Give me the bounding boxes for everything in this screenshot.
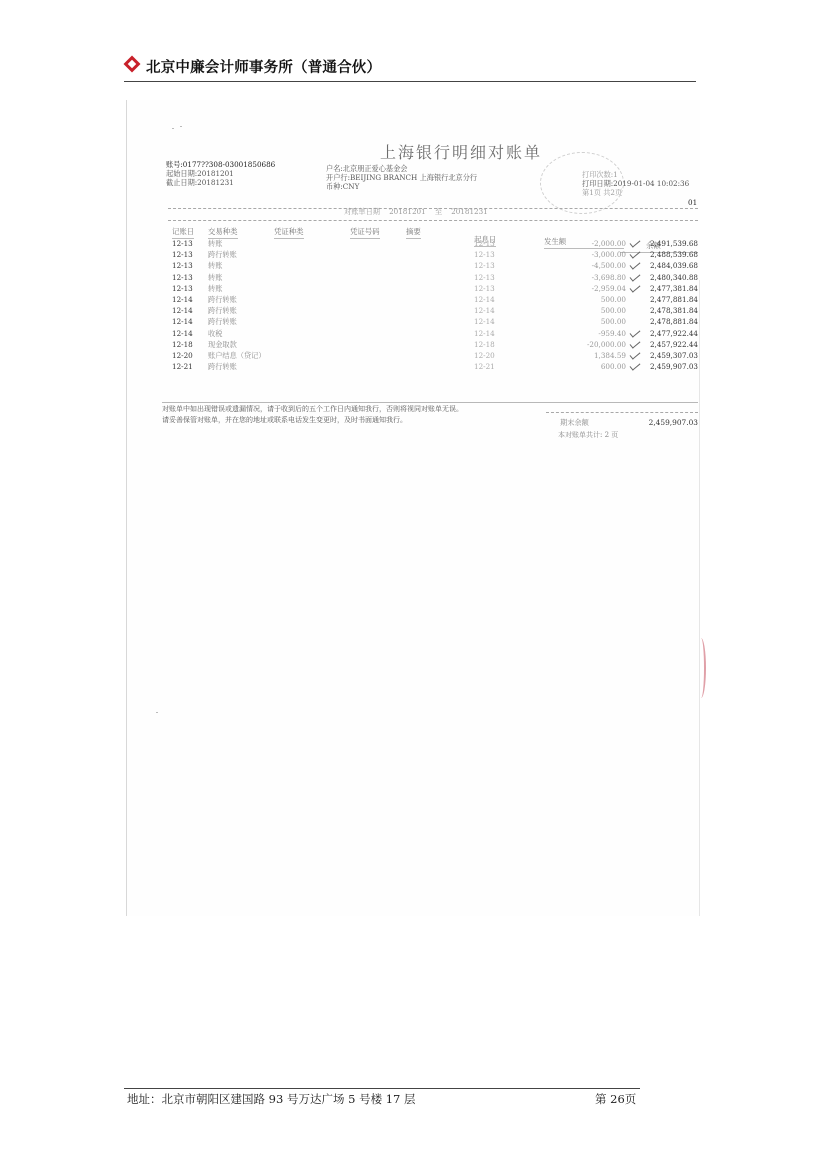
row-date: 12-21 [172, 362, 193, 371]
table-row: 12-13跨行转账12-13-3,000.002,488,539.68 [126, 250, 700, 261]
row-amount: -4,500.00 [526, 261, 626, 270]
print-info: 打印次数:1 打印日期:2019-01-04 10:02:36 第1页 共2页 [582, 170, 689, 197]
row-amount: 1,384.59 [526, 351, 626, 360]
row-amount: 500.00 [526, 295, 626, 304]
table-row: 12-13转账12-13-2,959.042,477,381.84 [126, 284, 700, 295]
period-from: 20181201 [389, 207, 426, 216]
currency: 币种:CNY [326, 182, 477, 191]
row-date: 12-18 [172, 340, 193, 349]
col-header-voucher-no: 凭证号码 [350, 226, 380, 239]
row-amount: -3,000.00 [526, 250, 626, 259]
col-header-summary: 摘要 [406, 226, 421, 239]
row-balance: 2,477,881.84 [626, 295, 698, 304]
row-type: 转账 [208, 261, 222, 271]
row-date: 12-20 [172, 351, 193, 360]
account-number: 账号:0177??308-03001850686 [166, 160, 275, 169]
row-type: 跨行转账 [208, 317, 237, 327]
divider [546, 412, 698, 413]
row-value-date: 12-14 [474, 306, 495, 315]
row-value-date: 12-21 [474, 362, 495, 371]
total-pages: 本对账单共计: 2 页 [558, 430, 618, 440]
row-amount: 500.00 [526, 317, 626, 326]
col-header-date: 记账日 [172, 226, 194, 239]
row-value-date: 12-14 [474, 317, 495, 326]
col-header-type: 交易种类 [208, 226, 238, 239]
row-type: 账户结息（贷记） [208, 351, 266, 361]
period-to: 20181231 [451, 207, 488, 216]
print-time: 打印日期:2019-01-04 10:02:36 [582, 179, 689, 188]
row-type: 跨行转账 [208, 295, 237, 305]
page-info: 第1页 共2页 [582, 188, 689, 197]
footer-page-number: 第 26页 [595, 1091, 636, 1107]
row-date: 12-13 [172, 239, 193, 248]
print-count: 打印次数:1 [582, 170, 689, 179]
table-row: 12-13转账12-13-2,000.002,491,539.68 [126, 239, 700, 250]
scan-edge [126, 100, 127, 916]
period-label: 对账单日期 [344, 207, 380, 216]
row-value-date: 12-13 [474, 261, 495, 270]
account-info: 账号:0177??308-03001850686 起始日期:20181201 截… [166, 160, 275, 187]
closing-balance-value: 2,459,907.03 [626, 418, 698, 427]
end-date: 截止日期:20181231 [166, 178, 275, 187]
row-date: 12-13 [172, 261, 193, 270]
row-amount: 600.00 [526, 362, 626, 371]
firm-logo-icon [124, 57, 142, 75]
table-bottom-divider [162, 402, 698, 403]
row-value-date: 12-13 [474, 239, 495, 248]
row-type: 收税 [208, 329, 222, 339]
start-date: 起始日期:20181201 [166, 169, 275, 178]
period-row: 对账单日期 20181201 至 20181231 [344, 207, 488, 216]
row-balance: 2,478,381.84 [626, 306, 698, 315]
table-row: 12-13转账12-13-3,698.802,480,340.88 [126, 273, 700, 284]
row-date: 12-14 [172, 329, 193, 338]
note-line-2: 请妥善保管对账单，并在您的地址或联系电话发生变更时，及时书面通知我行。 [162, 415, 463, 426]
row-type: 转账 [208, 273, 222, 283]
row-amount: -20,000.00 [526, 340, 626, 349]
row-value-date: 12-14 [474, 329, 495, 338]
row-type: 跨行转账 [208, 362, 237, 372]
row-amount: -2,000.00 [526, 239, 626, 248]
table-row: 12-14跨行转账12-14500.002,478,381.84 [126, 306, 700, 317]
page-header: 北京中廉会计师事务所（普通合伙） [124, 52, 381, 80]
row-value-date: 12-14 [474, 295, 495, 304]
note-line-1: 对账单中如出现错误或遗漏情况，请于收到后的五个工作日内通知我行，否则将视同对账单… [162, 404, 463, 415]
scanned-bank-statement: 上海银行明细对账单 账号:0177??308-03001850686 起始日期:… [126, 100, 700, 916]
table-row: 12-14跨行转账12-14500.002,478,881.84 [126, 317, 700, 328]
red-seal-edge [696, 638, 706, 698]
divider [168, 220, 698, 221]
row-value-date: 12-20 [474, 351, 495, 360]
row-date: 12-13 [172, 284, 193, 293]
footer-address: 地址：北京市朝阳区建国路 93 号万达广场 5 号楼 17 层 [127, 1091, 416, 1107]
statement-note: 对账单中如出现错误或遗漏情况，请于收到后的五个工作日内通知我行，否则将视同对账单… [162, 404, 463, 426]
statement-title: 上海银行明细对账单 [380, 140, 542, 163]
footer-divider [124, 1088, 640, 1089]
row-value-date: 12-13 [474, 284, 495, 293]
row-date: 12-14 [172, 317, 193, 326]
period-sep: 至 [435, 207, 442, 216]
table-row: 12-21跨行转账12-21600.002,459,907.03 [126, 362, 700, 373]
row-type: 转账 [208, 239, 222, 249]
row-type: 跨行转账 [208, 306, 237, 316]
row-date: 12-14 [172, 295, 193, 304]
row-value-date: 12-13 [474, 273, 495, 282]
row-date: 12-14 [172, 306, 193, 315]
table-row: 12-14收税12-14-959.402,477,922.44 [126, 329, 700, 340]
row-value-date: 12-13 [474, 250, 495, 259]
row-value-date: 12-18 [474, 340, 495, 349]
holder-info: 户名:北京朋正爱心基金会 开户行:BEIJING BRANCH 上海银行北京分行… [326, 164, 477, 191]
row-balance: 2,478,881.84 [626, 317, 698, 326]
col-header-voucher-type: 凭证种类 [274, 226, 304, 239]
table-row: 12-13转账12-13-4,500.002,484,039.68 [126, 261, 700, 272]
row-amount: -2,959.04 [526, 284, 626, 293]
account-name: 户名:北京朋正爱心基金会 [326, 164, 477, 173]
table-row: 12-18现金取款12-18-20,000.002,457,922.44 [126, 340, 700, 351]
header-divider [124, 81, 696, 82]
row-amount: -959.40 [526, 329, 626, 338]
row-amount: -3,698.80 [526, 273, 626, 282]
row-date: 12-13 [172, 250, 193, 259]
scan-edge [699, 280, 700, 916]
row-type: 跨行转账 [208, 250, 237, 260]
table-row: 12-14跨行转账12-14500.002,477,881.84 [126, 295, 700, 306]
bank-branch: 开户行:BEIJING BRANCH 上海银行北京分行 [326, 173, 477, 182]
closing-balance-label: 期末余额 [560, 418, 589, 428]
page-number-code: 01 [688, 198, 697, 207]
row-amount: 500.00 [526, 306, 626, 315]
row-type: 转账 [208, 284, 222, 294]
table-row: 12-20账户结息（贷记）12-201,384.592,459,307.03 [126, 351, 700, 362]
firm-name: 北京中廉会计师事务所（普通合伙） [146, 56, 381, 77]
row-date: 12-13 [172, 273, 193, 282]
row-type: 现金取款 [208, 340, 237, 350]
